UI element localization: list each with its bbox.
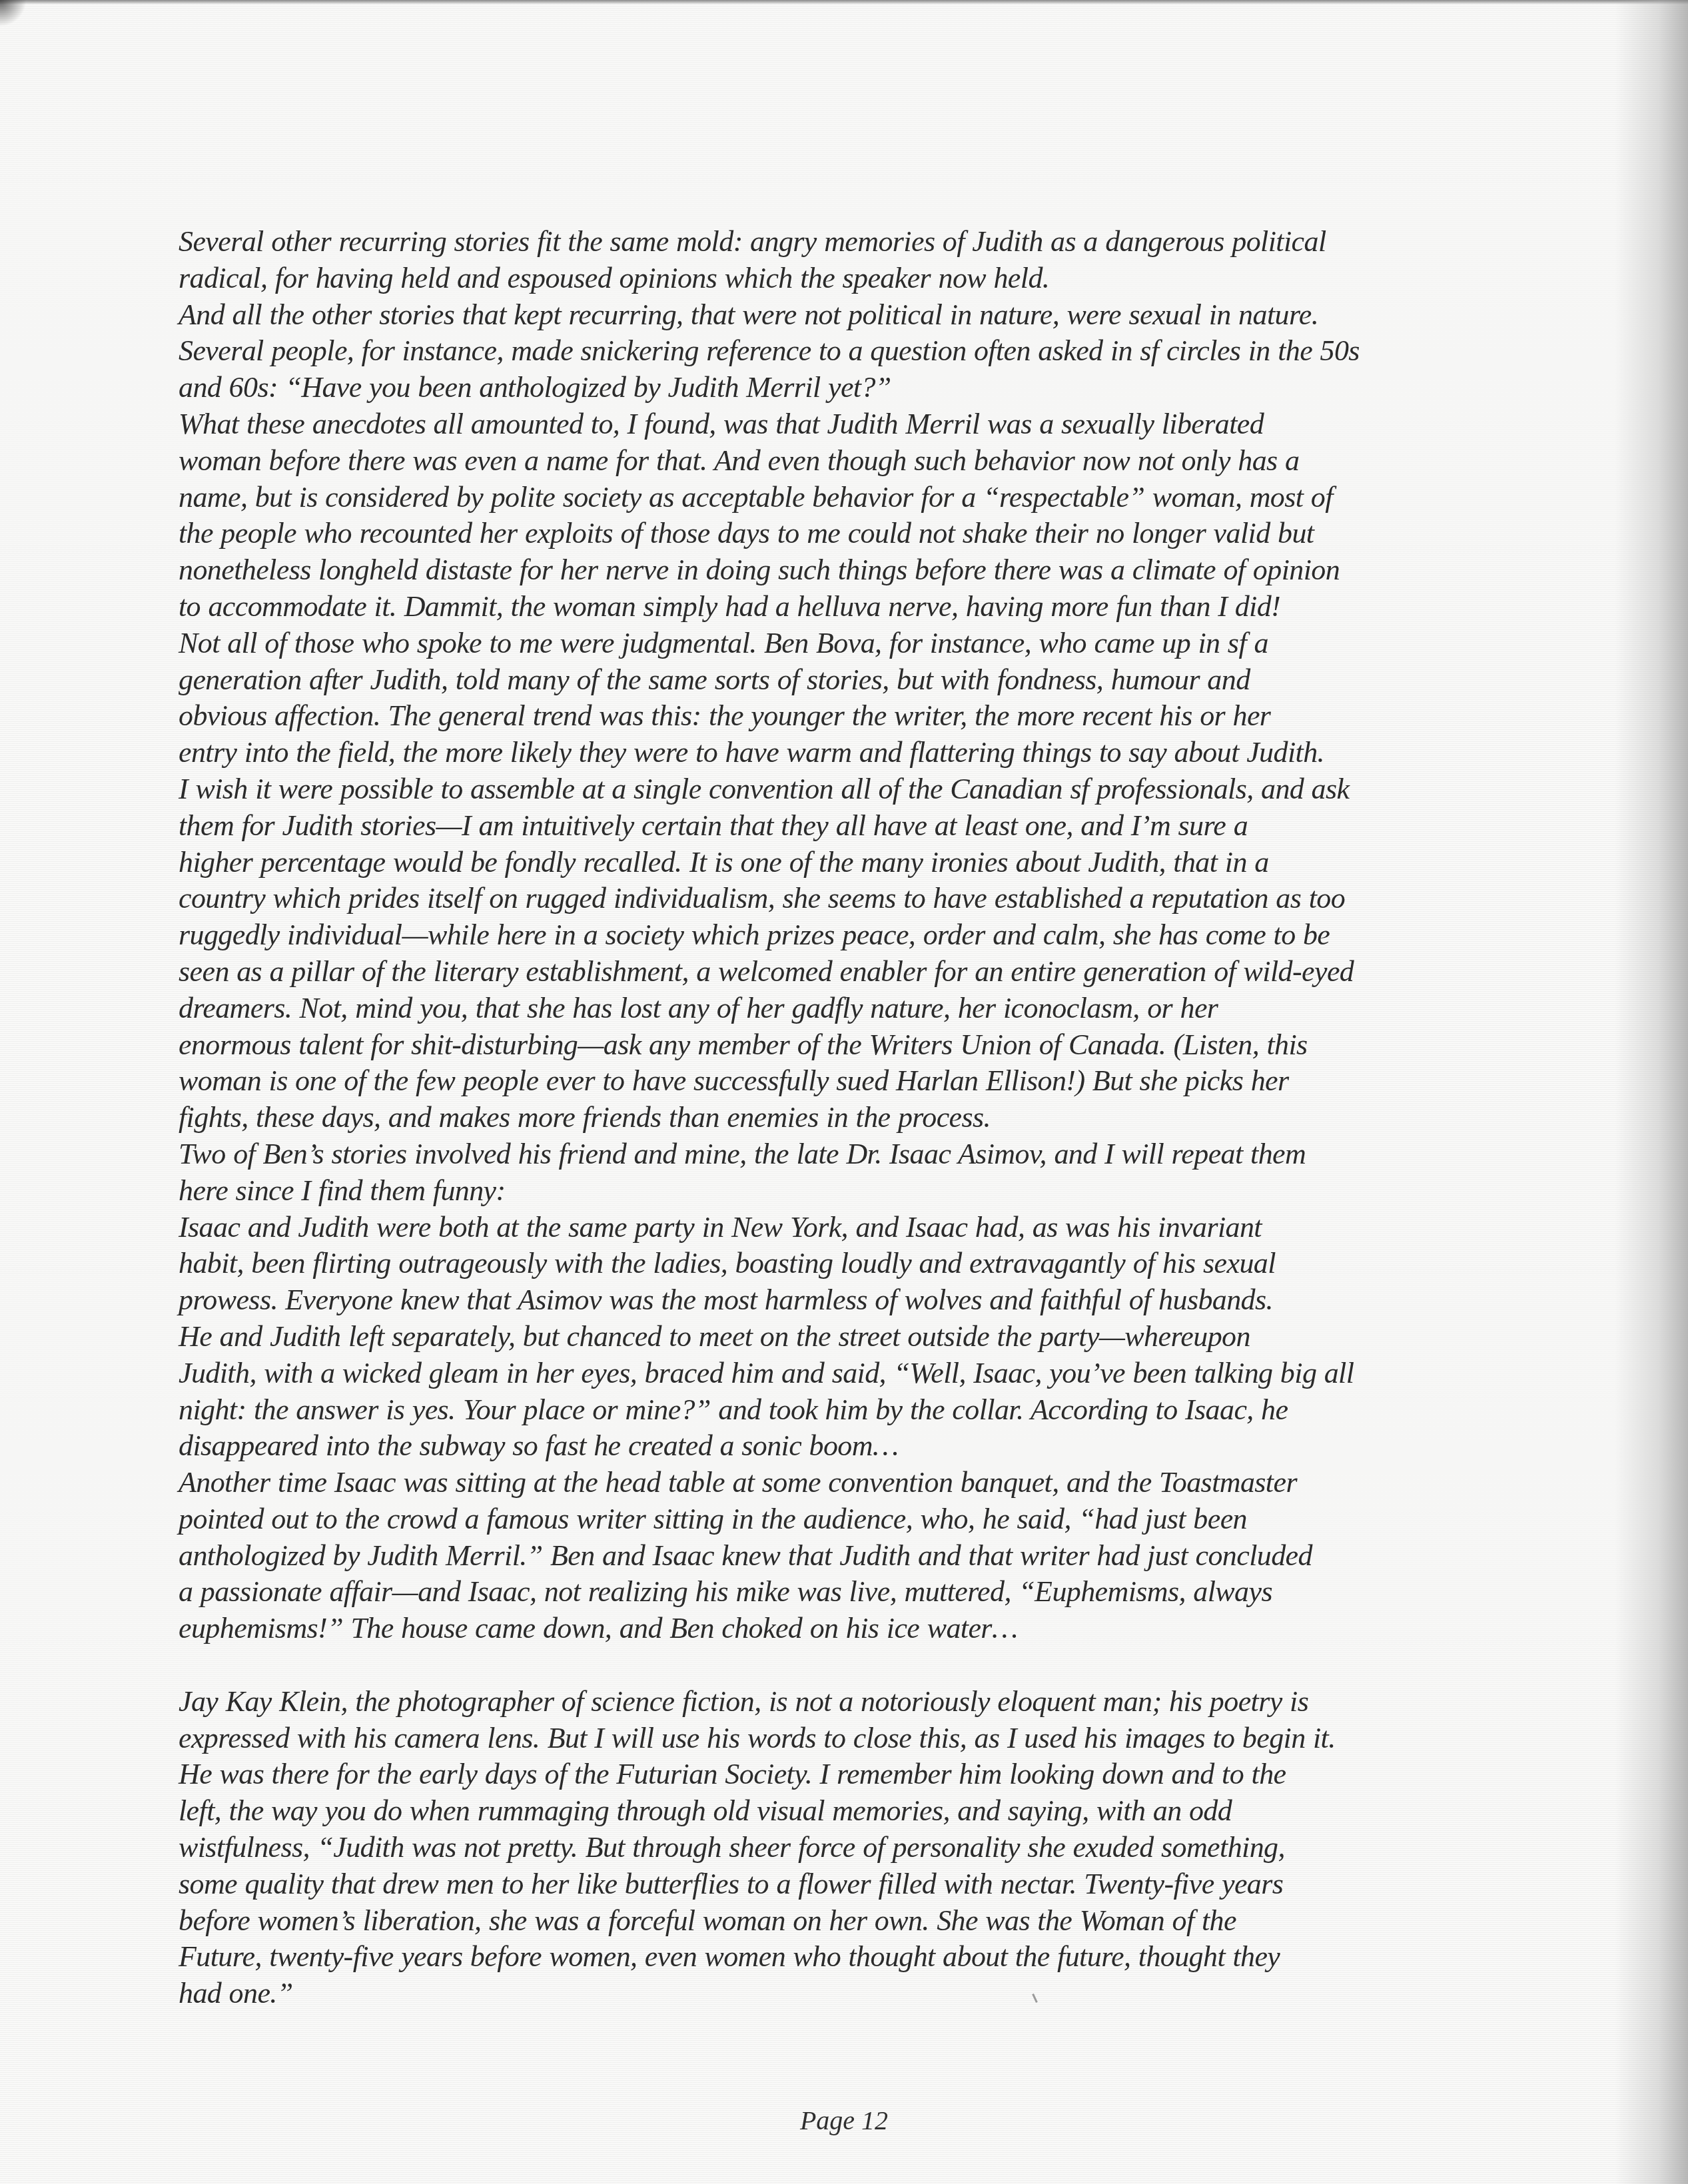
text-line: country which prides itself on rugged in… (179, 881, 1464, 917)
text-line: obvious affection. The general trend was… (179, 698, 1464, 735)
page-top-edge (0, 0, 1688, 4)
text-line: euphemisms!” The house came down, and Be… (179, 1611, 1464, 1647)
text-line: here since I find them funny: (179, 1173, 1464, 1210)
text-line: a passionate affair—and Isaac, not reali… (179, 1574, 1464, 1611)
closing-text-line: expressed with his camera lens. But I wi… (179, 1720, 1464, 1757)
page-number: Page 12 (0, 2105, 1688, 2136)
text-line: Isaac and Judith were both at the same p… (179, 1210, 1464, 1246)
text-line: disappeared into the subway so fast he c… (179, 1428, 1464, 1465)
closing-text-line: left, the way you do when rummaging thro… (179, 1793, 1464, 1830)
text-line: Another time Isaac was sitting at the he… (179, 1465, 1464, 1501)
paragraph-gap (179, 1647, 1464, 1684)
text-line: night: the answer is yes. Your place or … (179, 1392, 1464, 1429)
closing-text-line: He was there for the early days of the F… (179, 1756, 1464, 1793)
text-line: fights, these days, and makes more frien… (179, 1100, 1464, 1136)
text-line: What these anecdotes all amounted to, I … (179, 406, 1464, 443)
text-line: He and Judith left separately, but chanc… (179, 1319, 1464, 1355)
text-line: the people who recounted her exploits of… (179, 516, 1464, 552)
text-line: prowess. Everyone knew that Asimov was t… (179, 1282, 1464, 1319)
corner-shadow (0, 0, 27, 27)
text-line: woman before there was even a name for t… (179, 443, 1464, 480)
text-line: pointed out to the crowd a famous writer… (179, 1501, 1464, 1538)
closing-text-line: Jay Kay Klein, the photographer of scien… (179, 1684, 1464, 1720)
text-line: generation after Judith, told many of th… (179, 662, 1464, 699)
closing-text-line: some quality that drew men to her like b… (179, 1866, 1464, 1903)
text-line: anthologized by Judith Merril.” Ben and … (179, 1538, 1464, 1575)
text-line: name, but is considered by polite societ… (179, 480, 1464, 516)
text-line: radical, for having held and espoused op… (179, 260, 1464, 297)
text-line: higher percentage would be fondly recall… (179, 845, 1464, 881)
text-line: woman is one of the few people ever to h… (179, 1063, 1464, 1100)
closing-text-line: before women’s liberation, she was a for… (179, 1903, 1464, 1940)
text-line: nonetheless longheld distaste for her ne… (179, 552, 1464, 589)
text-line: Two of Ben’s stories involved his friend… (179, 1136, 1464, 1173)
text-line: enormous talent for shit-disturbing—ask … (179, 1027, 1464, 1064)
closing-text-line: had one.” (179, 1976, 1464, 2012)
text-line: Several people, for instance, made snick… (179, 333, 1464, 370)
text-line: them for Judith stories—I am intuitively… (179, 808, 1464, 845)
text-line: to accommodate it. Dammit, the woman sim… (179, 589, 1464, 625)
text-line: Judith, with a wicked gleam in her eyes,… (179, 1355, 1464, 1392)
text-line: dreamers. Not, mind you, that she has lo… (179, 990, 1464, 1027)
text-line: habit, been flirting outrageously with t… (179, 1246, 1464, 1282)
closing-text-line: Future, twenty-five years before women, … (179, 1939, 1464, 1976)
text-line: ruggedly individual—while here in a soci… (179, 917, 1464, 954)
text-line: seen as a pillar of the literary establi… (179, 954, 1464, 990)
text-line: I wish it were possible to assemble at a… (179, 771, 1464, 808)
text-line: Not all of those who spoke to me were ju… (179, 625, 1464, 662)
text-line: And all the other stories that kept recu… (179, 297, 1464, 334)
article-body: Several other recurring stories fit the … (179, 224, 1464, 2012)
text-line: Several other recurring stories fit the … (179, 224, 1464, 260)
page-gutter-shadow (1615, 0, 1688, 2184)
text-line: and 60s: “Have you been anthologized by … (179, 370, 1464, 406)
closing-text-line: wistfulness, “Judith was not pretty. But… (179, 1830, 1464, 1866)
text-line: entry into the field, the more likely th… (179, 735, 1464, 771)
